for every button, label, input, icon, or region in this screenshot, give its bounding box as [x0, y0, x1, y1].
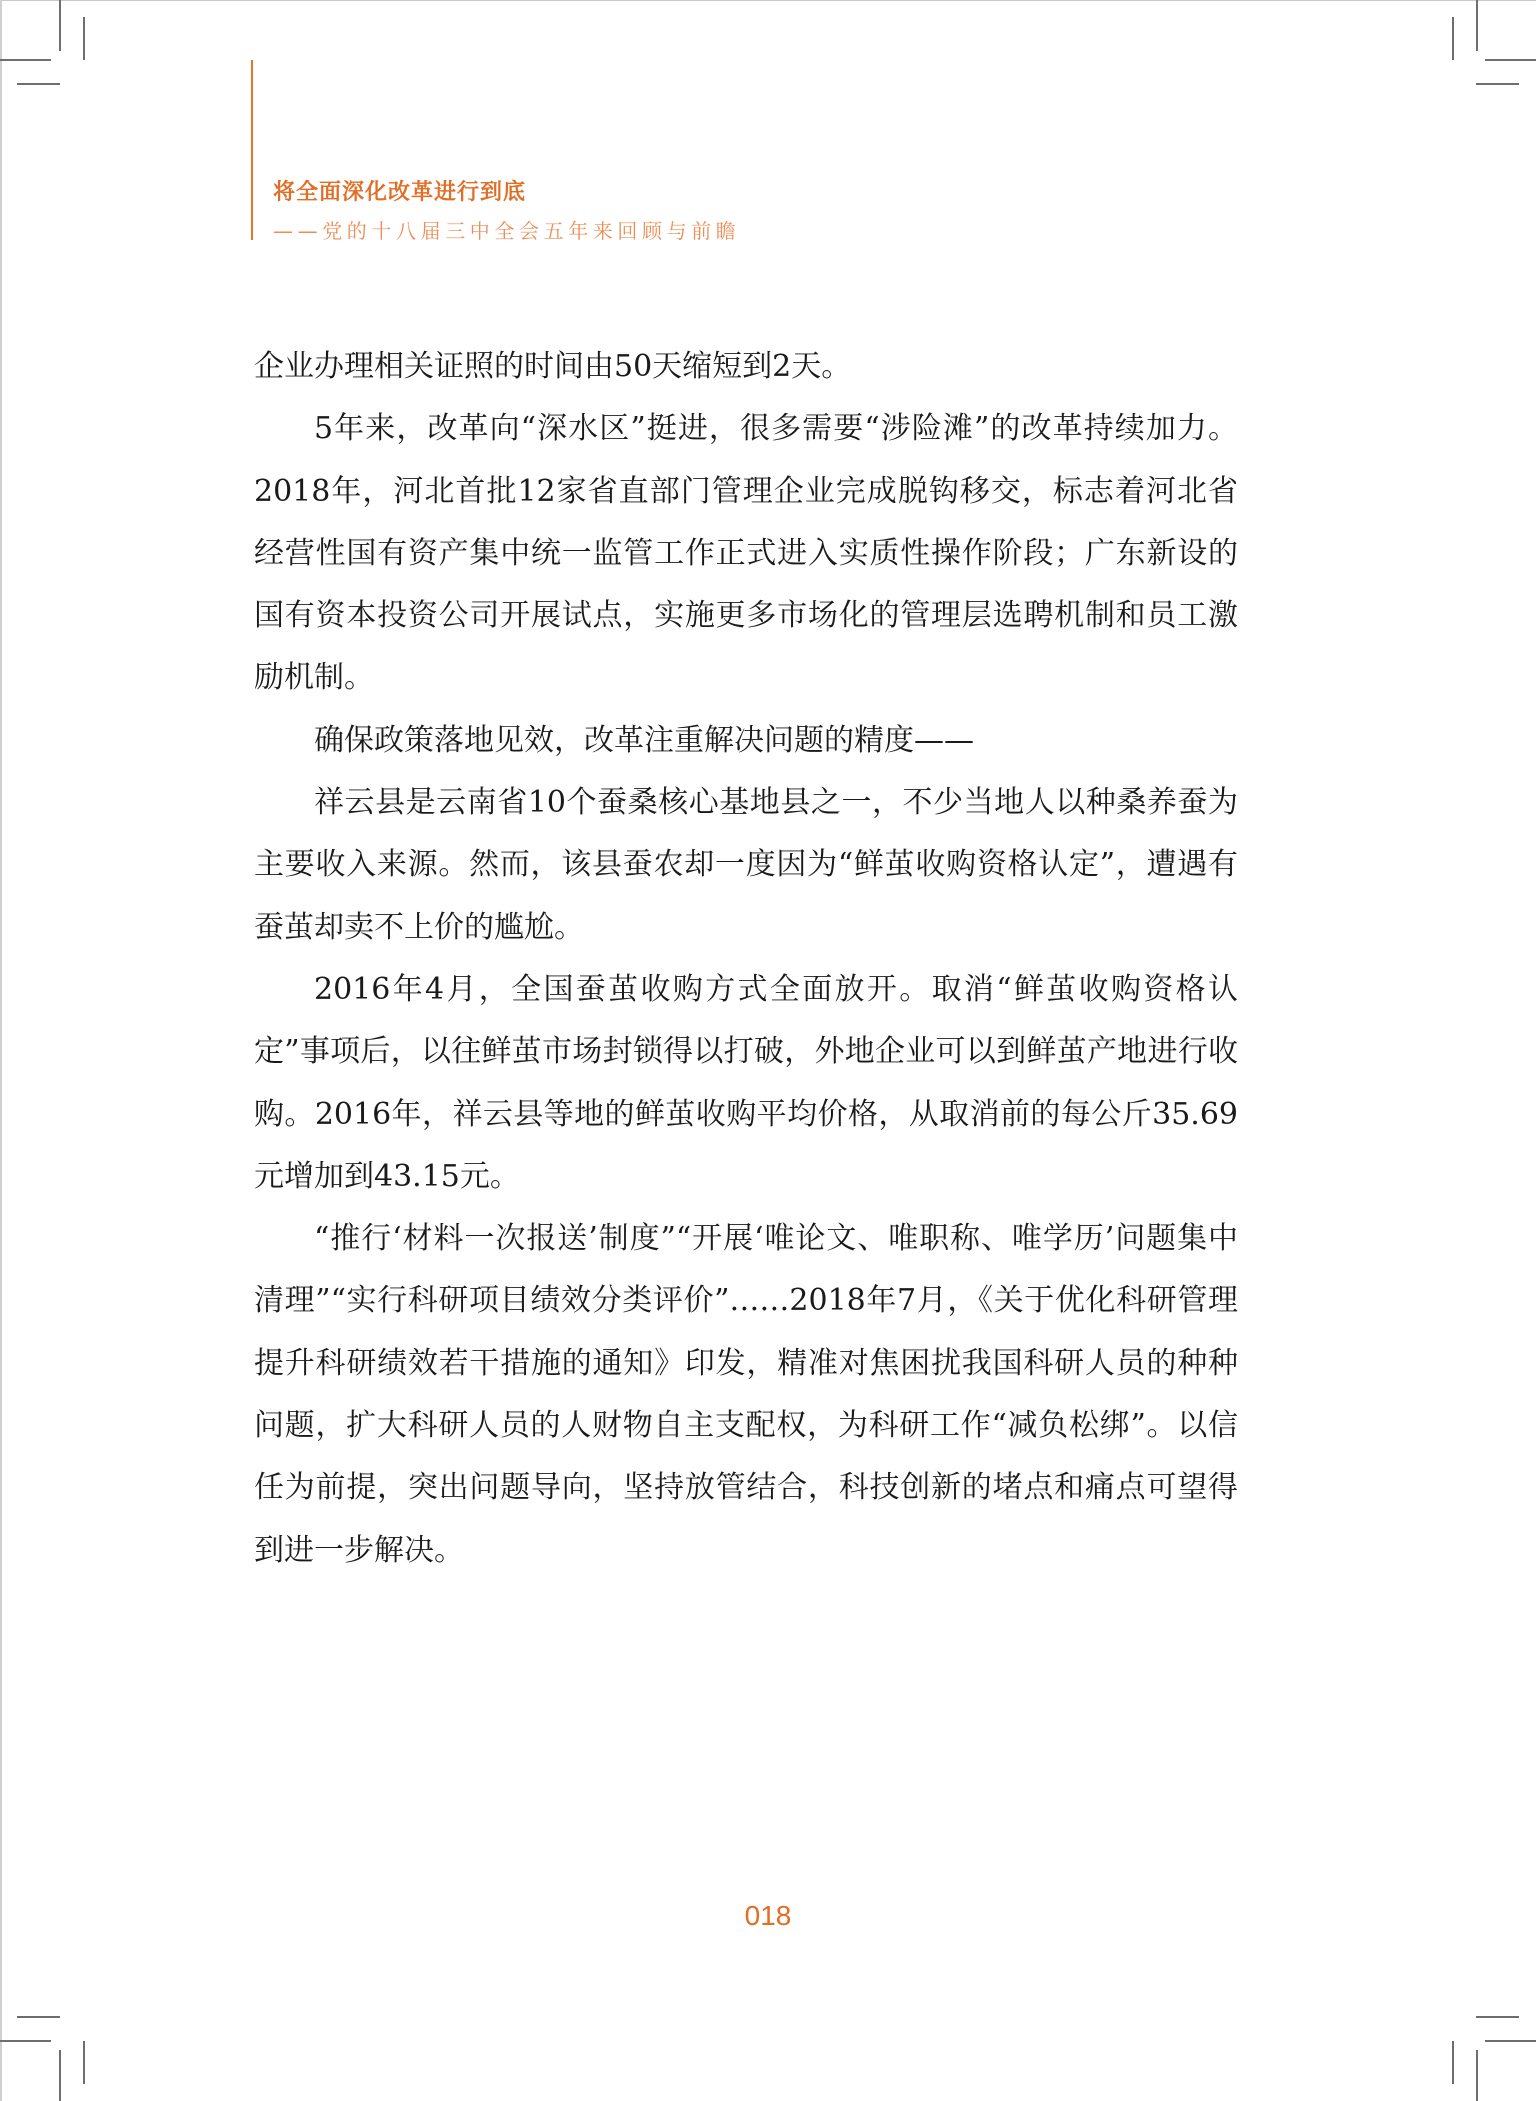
crop-mark-bottom-right-h2	[1485, 2040, 1536, 2042]
paragraph: 5年来，改革向“深水区”挺进，很多需要“涉险滩”的改革持续加力。2018年，河北…	[254, 398, 1238, 709]
crop-mark-bottom-right-v2	[1452, 2041, 1454, 2084]
paragraph: “推行‘材料一次报送’制度”“开展‘唯论文、唯职称、唯学历’问题集中清理”“实行…	[254, 1208, 1238, 1582]
paragraph-lead: 确保政策落地见效，改革注重解决问题的精度——	[254, 710, 1238, 772]
paragraph-continuation: 企业办理相关证照的时间由50天缩短到2天。	[254, 336, 1238, 398]
page-number: 018	[0, 1900, 1536, 1932]
running-header-title: 将全面深化改革进行到底	[273, 175, 526, 206]
crop-mark-bottom-left-v2	[83, 2041, 85, 2084]
crop-mark-bottom-left-v1	[59, 2050, 61, 2101]
crop-mark-top-right-h1	[1485, 59, 1536, 61]
running-header-subtitle: ——党的十八届三中全会五年来回顾与前瞻	[273, 215, 740, 244]
crop-mark-top-left-v1	[59, 0, 61, 51]
paragraph: 2016年4月，全国蚕茧收购方式全面放开。取消“鲜茧收购资格认定”事项后，以往鲜…	[254, 959, 1238, 1208]
crop-mark-top-left-h1	[0, 59, 51, 61]
crop-mark-bottom-right-h1	[1476, 2016, 1519, 2018]
crop-mark-bottom-left-h1	[17, 2016, 60, 2018]
crop-mark-top-right-v2	[1452, 17, 1454, 60]
page-edge-left	[0, 0, 2, 2101]
crop-mark-bottom-right-v1	[1476, 2050, 1478, 2101]
header-accent-bar	[251, 60, 253, 240]
crop-mark-top-left-v2	[83, 17, 85, 60]
crop-mark-bottom-left-h2	[0, 2040, 51, 2042]
crop-mark-top-right-h2	[1476, 83, 1519, 85]
body-text: 企业办理相关证照的时间由50天缩短到2天。 5年来，改革向“深水区”挺进，很多需…	[254, 336, 1238, 1582]
crop-mark-top-right-v1	[1476, 0, 1478, 51]
paragraph: 祥云县是云南省10个蚕桑核心基地县之一，不少当地人以种桑养蚕为主要收入来源。然而…	[254, 772, 1238, 959]
crop-mark-top-left-h2	[17, 83, 60, 85]
page-edge-top	[0, 0, 1536, 1]
